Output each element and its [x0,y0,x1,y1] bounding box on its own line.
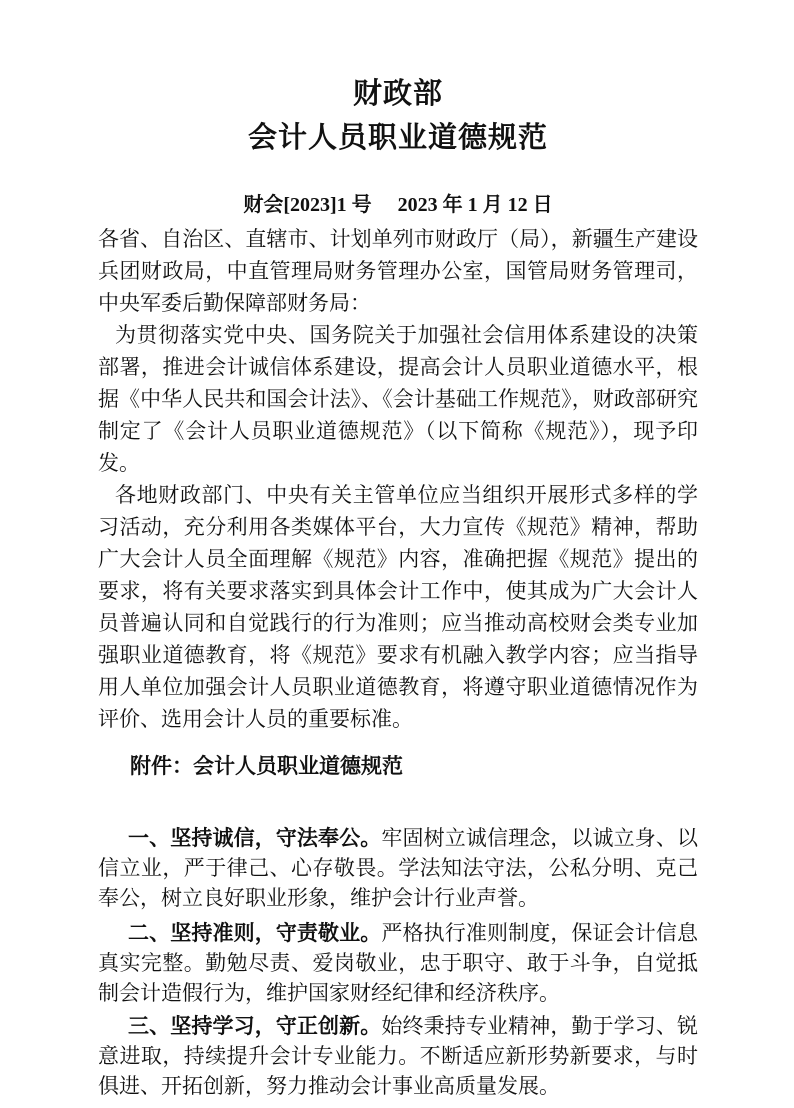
ethics-item-heading: 三、坚持学习，守正创新。 [128,1014,381,1038]
issuer-title: 财政部 [98,72,698,116]
document-number-line: 财会[2023]1 号2023 年 1 月 12 日 [98,193,698,217]
addressee-line: 各省、自治区、直辖市、计划单列市财政厅（局），新疆生产建设兵团财政局，中直管理局… [98,223,698,319]
paragraph-implementation: 各地财政部门、中央有关主管单位应当组织开展形式多样的学习活动，充分利用各类媒体平… [98,479,698,735]
ethics-item: 一、坚持诚信，守法奉公。牢固树立诚信理念，以诚立身、以信立业，严于律己、心存敬畏… [98,823,698,913]
document-number: 财会[2023]1 号 [243,194,371,216]
ethics-item-heading: 一、坚持诚信，守法奉公。 [128,826,381,850]
paragraph-issuance: 为贯彻落实党中央、国务院关于加强社会信用体系建设的决策部署，推进会计诚信体系建设… [98,319,698,479]
document-title: 会计人员职业道德规范 [98,116,698,160]
document-date: 2023 年 1 月 12 日 [398,194,553,216]
ethics-item-heading: 二、坚持准则，守责敬业。 [128,921,381,945]
attachment-heading: 附件：会计人员职业道德规范 [98,751,698,781]
attachment-items: 一、坚持诚信，守法奉公。牢固树立诚信理念，以诚立身、以信立业，严于律己、心存敬畏… [98,823,698,1101]
document-body: 各省、自治区、直辖市、计划单列市财政厅（局），新疆生产建设兵团财政局，中直管理局… [98,223,698,735]
ethics-item: 三、坚持学习，守正创新。始终秉持专业精神，勤于学习、锐意进取，持续提升会计专业能… [98,1011,698,1101]
document-page: 财政部 会计人员职业道德规范 财会[2023]1 号2023 年 1 月 12 … [0,0,794,1108]
ethics-item: 二、坚持准则，守责敬业。严格执行准则制度，保证会计信息真实完整。勤勉尽责、爱岗敬… [98,918,698,1008]
